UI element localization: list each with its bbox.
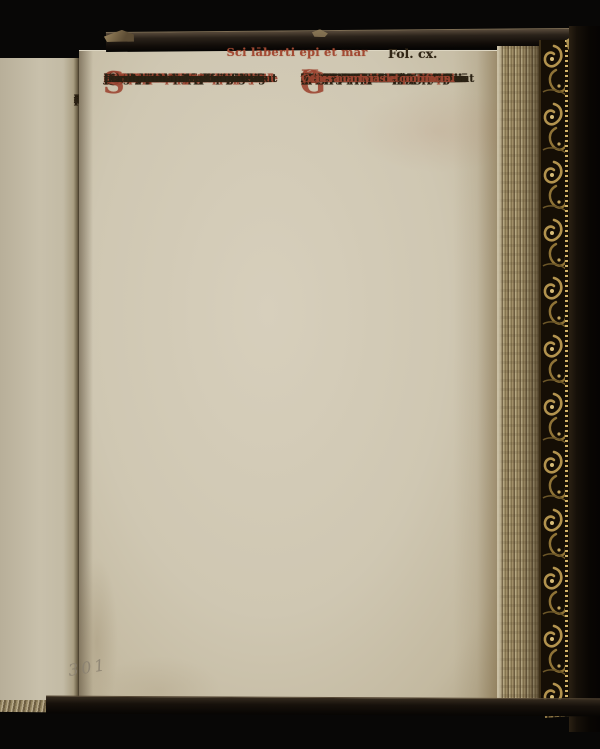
book-page	[79, 50, 499, 700]
folio-number: Fol. cx.	[388, 46, 437, 61]
board-edge-wear-mark	[312, 29, 328, 37]
fore-edge-page-stack	[497, 46, 539, 706]
board-corner-highlight	[104, 30, 134, 42]
board-bottom-edge	[46, 696, 600, 717]
book-photo: orum rexprecibusccatis iūNobis sisor bon…	[0, 0, 600, 749]
running-title: Sci lāberti epi et mar	[222, 45, 372, 59]
back-cover-shadow	[569, 26, 600, 732]
text-segment: Per dominum nostrum iesū	[104, 72, 263, 86]
text-segment: vnius martyris et pōtificis.	[301, 72, 454, 86]
gilt-binding-edge	[539, 40, 569, 708]
gilt-ornament	[541, 40, 569, 708]
facing-page-edge: orum rexprecibusccatis iūNobis sisor bon…	[0, 58, 79, 700]
